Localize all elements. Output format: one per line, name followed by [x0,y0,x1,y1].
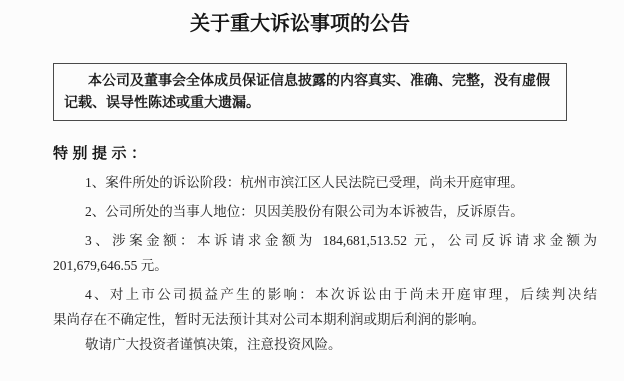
litigation-announcement-document: 关于重大诉讼事项的公告 本公司及董事会全体成员保证信息披露的内容真实、准确、完整… [0,0,624,381]
item-4-impact-line-2: 果尚存在不确定性，暂时无法预计其对公司本期利润或期后利润的影响。 [53,307,597,332]
disclaimer-line-2: 记载、误导性陈述或重大遗漏。 [64,93,556,115]
title-row: 关于重大诉讼事项的公告 [53,12,547,36]
item-3-amounts-line-2: 201,679,646.55 元。 [53,253,597,278]
item-4-impact-line-1: 4、对上市公司损益产生的影响：本次诉讼由于尚未开庭审理，后续判决结 [53,282,597,307]
item-1-litigation-stage: 1、案件所处的诉讼阶段：杭州市滨江区人民法院已受理，尚未开庭审理。 [53,170,597,195]
page-title: 关于重大诉讼事项的公告 [190,12,410,36]
closing-risk-note: 敬请广大投资者谨慎决策，注意投资风险。 [53,332,597,357]
special-note-heading: 特别提示： [53,141,597,166]
item-2-party-status: 2、公司所处的当事人地位：贝因美股份有限公司为本诉被告，反诉原告。 [53,199,597,224]
item-3-amounts-line-1: 3、涉案金额：本诉请求金额为 184,681,513.52 元，公司反诉请求金额… [53,228,597,253]
disclaimer-box: 本公司及董事会全体成员保证信息披露的内容真实、准确、完整，没有虚假 记载、误导性… [53,63,567,121]
disclaimer-line-1: 本公司及董事会全体成员保证信息披露的内容真实、准确、完整，没有虚假 [64,71,556,93]
